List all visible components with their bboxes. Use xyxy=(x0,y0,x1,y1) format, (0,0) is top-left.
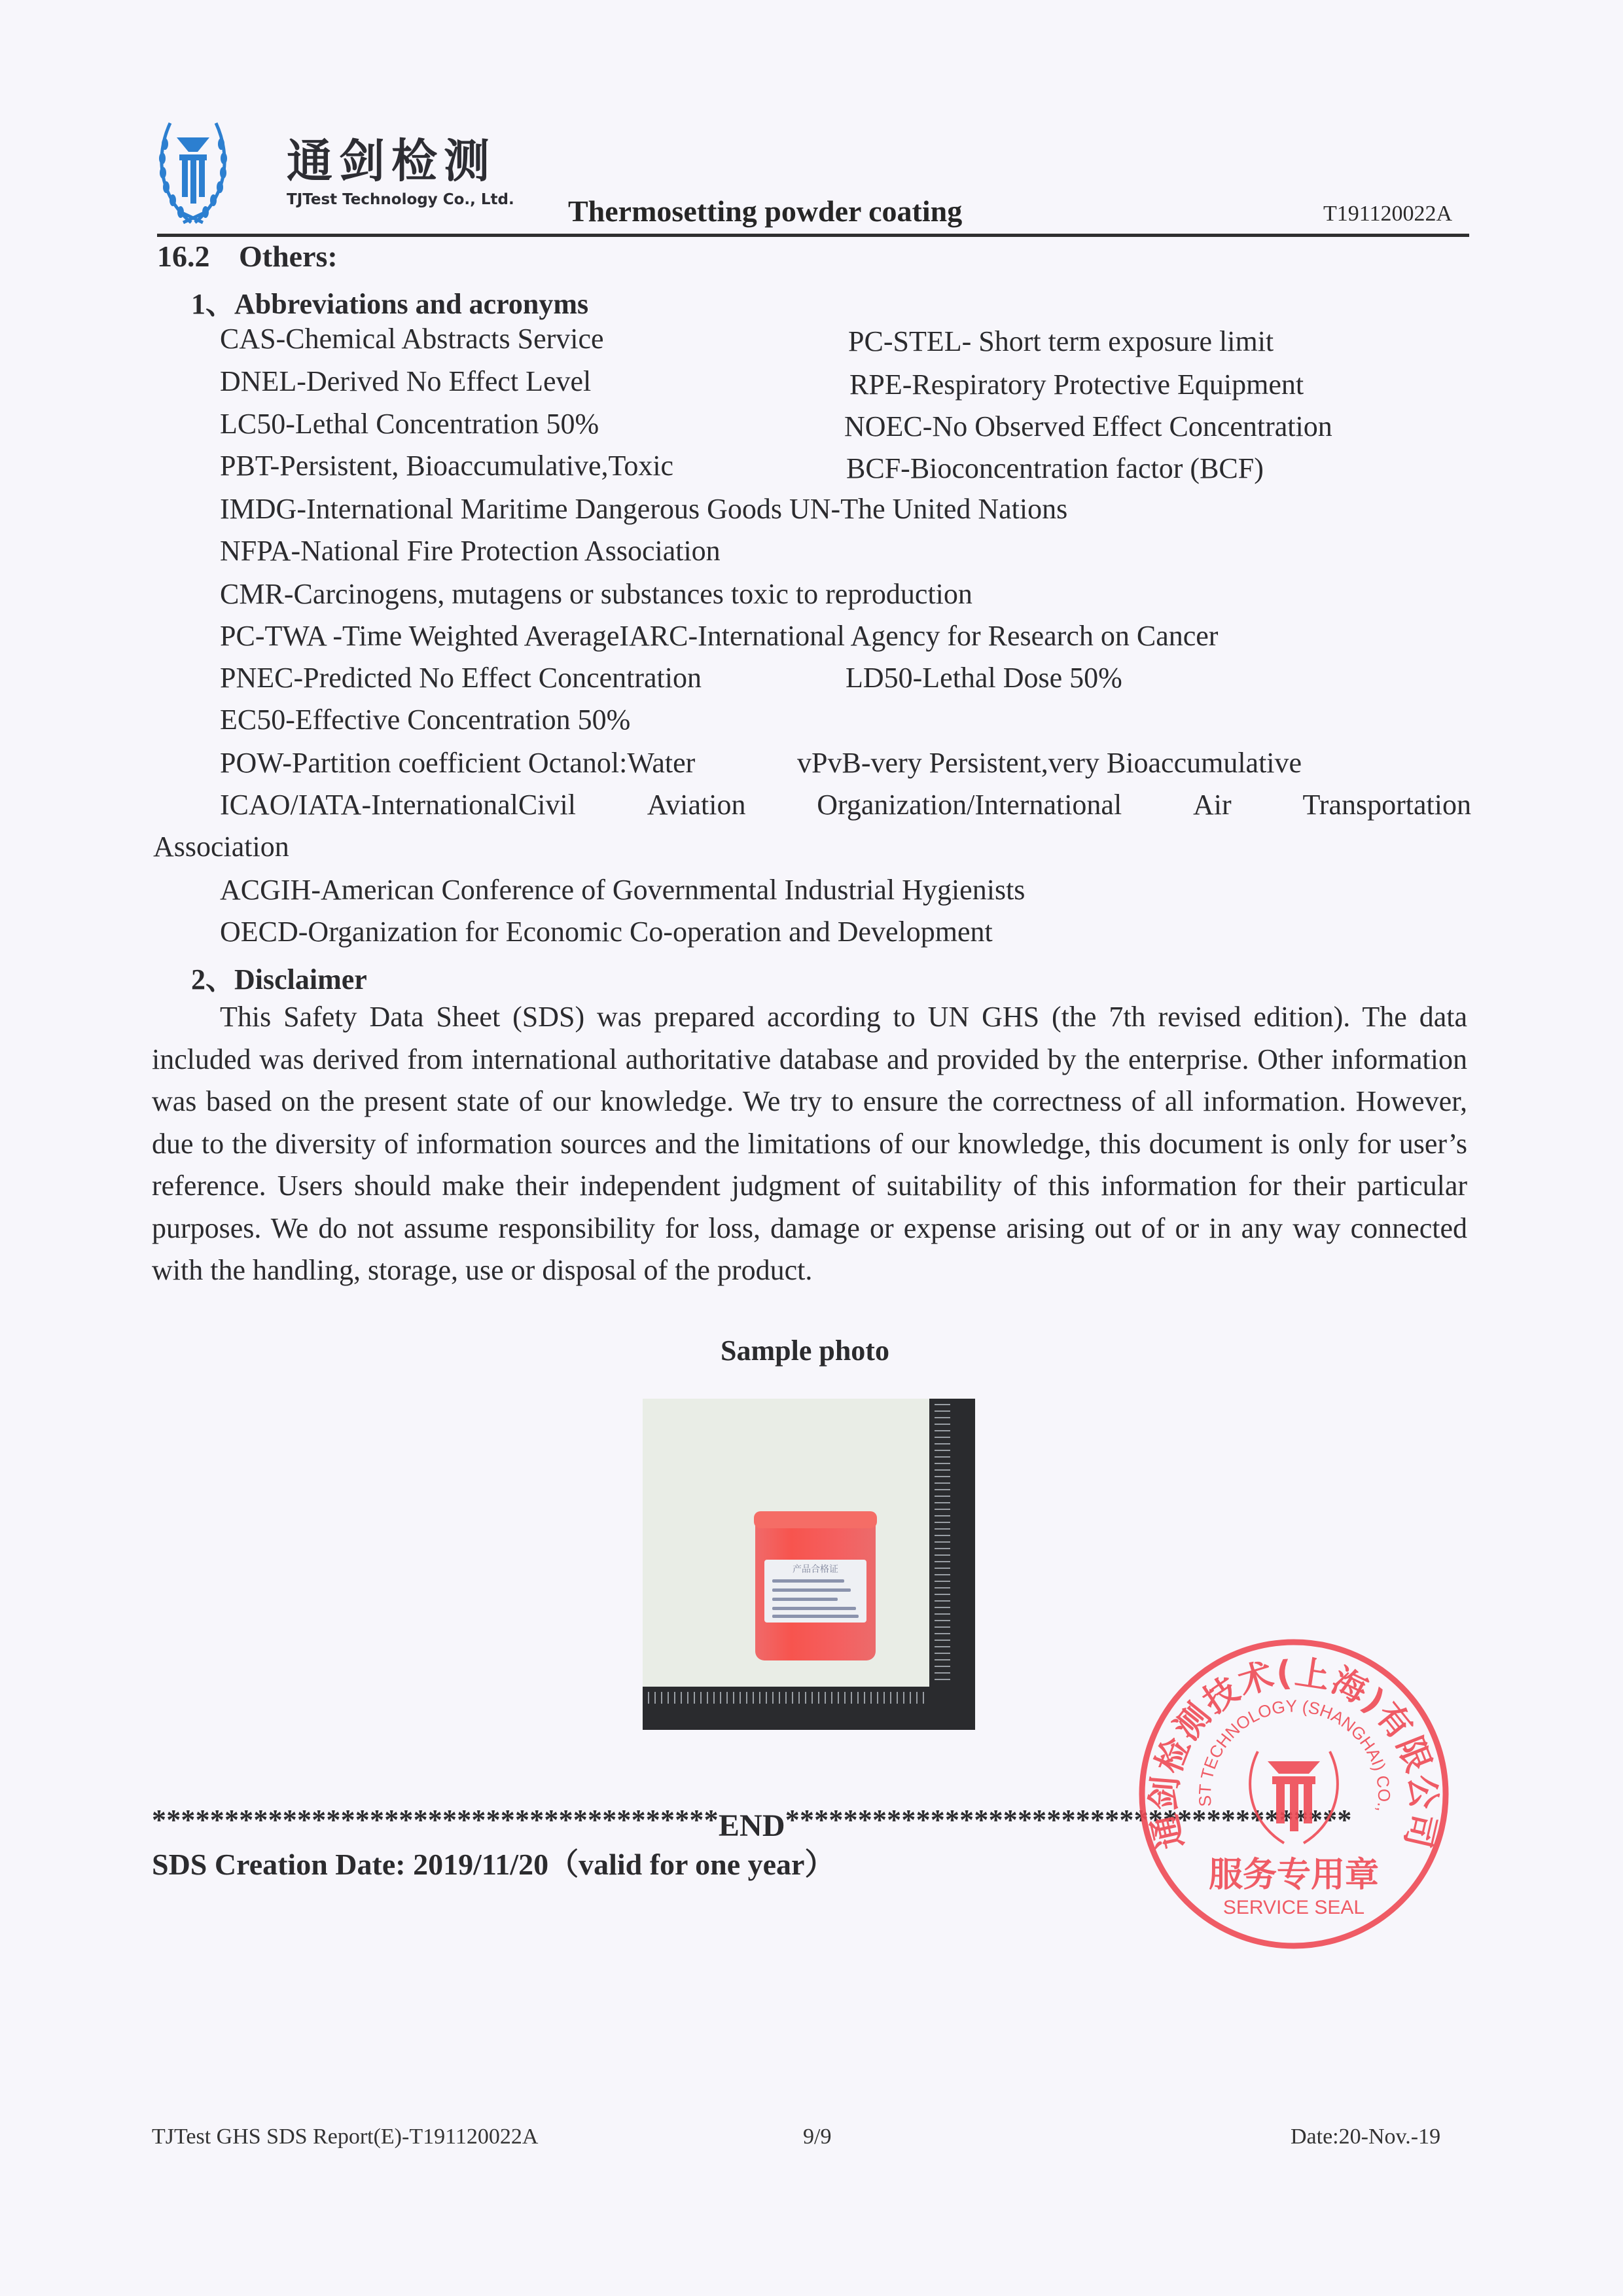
footer-report-id: TJTest GHS SDS Report(E)-T191120022A xyxy=(152,2125,538,2149)
footer-date: Date:20-Nov.-19 xyxy=(1291,2125,1440,2149)
abbr-item: EC50-Effective Concentration 50% xyxy=(220,703,630,736)
abbr-item: PBT-Persistent, Bioaccumulative,Toxic xyxy=(220,449,673,482)
section-number: 16.2 xyxy=(157,239,239,274)
company-logo: 通剑检测 TJTest Technology Co., Ltd. xyxy=(157,118,576,229)
abbr-item: CMR-Carcinogens, mutagens or substances … xyxy=(220,577,972,611)
sample-photo-caption: Sample photo xyxy=(654,1334,955,1367)
abbr-item: POW-Partition coefficient Octanol:Water xyxy=(220,746,695,780)
report-code: T191120022A xyxy=(1323,202,1452,226)
abbr-item: PC-TWA -Time Weighted AverageIARC-Intern… xyxy=(220,619,1218,653)
footer-page-number: 9/9 xyxy=(803,2125,831,2149)
abbr-item: LD50-Lethal Dose 50% xyxy=(846,661,1122,694)
svg-text:SERVICE SEAL: SERVICE SEAL xyxy=(1223,1897,1364,1918)
abbr-item: IMDG-International Maritime Dangerous Go… xyxy=(220,492,1067,526)
disclaimer-heading: 2、Disclaimer xyxy=(191,956,367,997)
abbr-item: ACGIH-American Conference of Governmenta… xyxy=(220,873,1025,906)
abbreviations-heading: 1、Abbreviations and acronyms xyxy=(191,280,588,322)
abbr-item-icao: ICAO/IATA-InternationalCivil Aviation Or… xyxy=(220,788,1471,821)
sds-creation-date: SDS Creation Date: 2019/11/20（valid for … xyxy=(152,1840,834,1884)
abbr-item-icao-wrap: Association xyxy=(153,830,289,863)
service-seal-stamp: 通剑检测技术(上海)有限公司 TJTEST TECHNOLOGY (SHANGH… xyxy=(1133,1634,1454,1954)
section-heading: 16.2Others: xyxy=(157,239,338,274)
abbr-item: PNEC-Predicted No Effect Concentration xyxy=(220,661,702,694)
disclaimer-text: This Safety Data Sheet (SDS) was prepare… xyxy=(152,996,1467,1292)
abbr-item: CAS-Chemical Abstracts Service xyxy=(220,322,604,355)
logo-english-name: TJTest Technology Co., Ltd. xyxy=(287,191,514,208)
header-divider xyxy=(157,234,1469,237)
jar-label: 产品合格证 xyxy=(764,1560,866,1623)
svg-text:服务专用章: 服务专用章 xyxy=(1209,1856,1379,1895)
section-title: Others: xyxy=(239,240,338,273)
document-title: Thermosetting powder coating xyxy=(568,194,962,228)
abbr-item: DNEL-Derived No Effect Level xyxy=(220,365,591,398)
abbr-item: NOEC-No Observed Effect Concentration xyxy=(844,410,1332,443)
sample-photo: 产品合格证 xyxy=(643,1399,975,1730)
abbr-item: LC50-Lethal Concentration 50% xyxy=(220,407,599,440)
tjtest-emblem-icon xyxy=(157,118,229,229)
logo-chinese-name: 通剑检测 xyxy=(287,124,496,190)
abbr-item: PC-STEL- Short term exposure limit xyxy=(848,325,1274,358)
abbr-item: BCF-Bioconcentration factor (BCF) xyxy=(846,452,1264,485)
abbr-item: vPvB-very Persistent,very Bioaccumulativ… xyxy=(797,746,1302,780)
abbr-item: NFPA-National Fire Protection Associatio… xyxy=(220,534,721,567)
abbr-item: OECD-Organization for Economic Co-operat… xyxy=(220,915,993,948)
abbr-item: RPE-Respiratory Protective Equipment xyxy=(849,368,1304,401)
